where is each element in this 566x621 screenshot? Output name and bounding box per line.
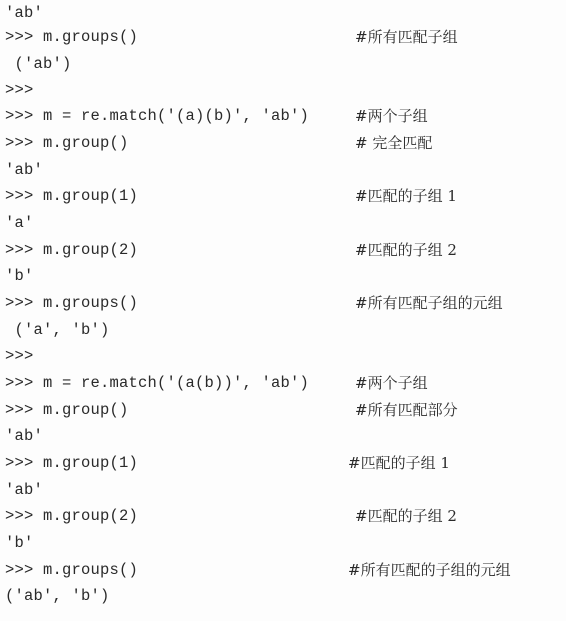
code-text: >>> m.group(1) bbox=[5, 183, 138, 209]
code-text: 'ab' bbox=[5, 157, 43, 183]
code-text: >>> m.groups() bbox=[5, 557, 138, 583]
code-line: >>> m = re.match('(a(b))', 'ab') #两个子组 bbox=[0, 370, 566, 396]
code-line: 'ab' bbox=[0, 477, 566, 503]
code-text: >>> m = re.match('(a)(b)', 'ab') bbox=[5, 103, 309, 129]
code-comment: #匹配的子组 1 bbox=[355, 183, 457, 209]
code-text: ('ab') bbox=[5, 51, 72, 77]
code-line: >>> m.group(2) #匹配的子组 2 bbox=[0, 503, 566, 529]
code-text: 'b' bbox=[5, 530, 34, 556]
code-text: 'ab' bbox=[5, 477, 43, 503]
code-line: ('ab') bbox=[0, 51, 566, 77]
code-line: 'ab' bbox=[0, 0, 566, 26]
code-comment: #两个子组 bbox=[355, 370, 428, 396]
code-comment: #匹配的子组 2 bbox=[355, 503, 457, 529]
code-text: 'b' bbox=[5, 263, 34, 289]
code-line: >>> m.groups() #所有匹配子组 bbox=[0, 24, 566, 50]
code-line: >>> m = re.match('(a)(b)', 'ab') #两个子组 bbox=[0, 103, 566, 129]
code-text: >>> bbox=[5, 343, 34, 369]
code-comment: #匹配的子组 1 bbox=[348, 450, 450, 476]
code-line: 'b' bbox=[0, 530, 566, 556]
code-comment: #所有匹配子组的元组 bbox=[355, 290, 503, 316]
code-line: >>> m.group(1) #匹配的子组 1 bbox=[0, 183, 566, 209]
code-line: >>> m.group(1) #匹配的子组 1 bbox=[0, 450, 566, 476]
code-comment: # 完全匹配 bbox=[355, 130, 432, 156]
code-text: >>> m = re.match('(a(b))', 'ab') bbox=[5, 370, 309, 396]
code-line: 'ab' bbox=[0, 423, 566, 449]
code-text: 'ab' bbox=[5, 423, 43, 449]
code-line: >>> bbox=[0, 77, 566, 103]
code-text: >>> bbox=[5, 77, 34, 103]
code-comment: #所有匹配部分 bbox=[355, 397, 458, 423]
code-text: >>> m.group() bbox=[5, 130, 129, 156]
code-text: ('a', 'b') bbox=[5, 317, 110, 343]
code-line: 'a' bbox=[0, 210, 566, 236]
code-line: ('ab', 'b') bbox=[0, 583, 566, 609]
code-text: >>> m.group() bbox=[5, 397, 129, 423]
code-line: >>> m.group(2) #匹配的子组 2 bbox=[0, 237, 566, 263]
code-comment: #所有匹配的子组的元组 bbox=[348, 557, 511, 583]
code-comment: #所有匹配子组 bbox=[355, 24, 458, 50]
code-line: >>> bbox=[0, 343, 566, 369]
code-line: >>> m.groups() #所有匹配的子组的元组 bbox=[0, 557, 566, 583]
code-text: >>> m.groups() bbox=[5, 24, 138, 50]
code-line: 'ab' bbox=[0, 157, 566, 183]
code-comment: #两个子组 bbox=[355, 103, 428, 129]
code-text: ('ab', 'b') bbox=[5, 583, 110, 609]
code-text: >>> m.groups() bbox=[5, 290, 138, 316]
code-line: 'b' bbox=[0, 263, 566, 289]
code-line: ('a', 'b') bbox=[0, 317, 566, 343]
code-comment: #匹配的子组 2 bbox=[355, 237, 457, 263]
code-line: >>> m.group() # 完全匹配 bbox=[0, 130, 566, 156]
code-line: >>> m.group() #所有匹配部分 bbox=[0, 397, 566, 423]
code-text: >>> m.group(1) bbox=[5, 450, 138, 476]
code-text: >>> m.group(2) bbox=[5, 503, 138, 529]
code-listing: 'ab' >>> m.groups() #所有匹配子组 ('ab') >>> >… bbox=[0, 0, 566, 621]
code-text: 'ab' bbox=[5, 0, 43, 26]
code-text: >>> m.group(2) bbox=[5, 237, 138, 263]
code-line: >>> m.groups() #所有匹配子组的元组 bbox=[0, 290, 566, 316]
code-text: 'a' bbox=[5, 210, 34, 236]
